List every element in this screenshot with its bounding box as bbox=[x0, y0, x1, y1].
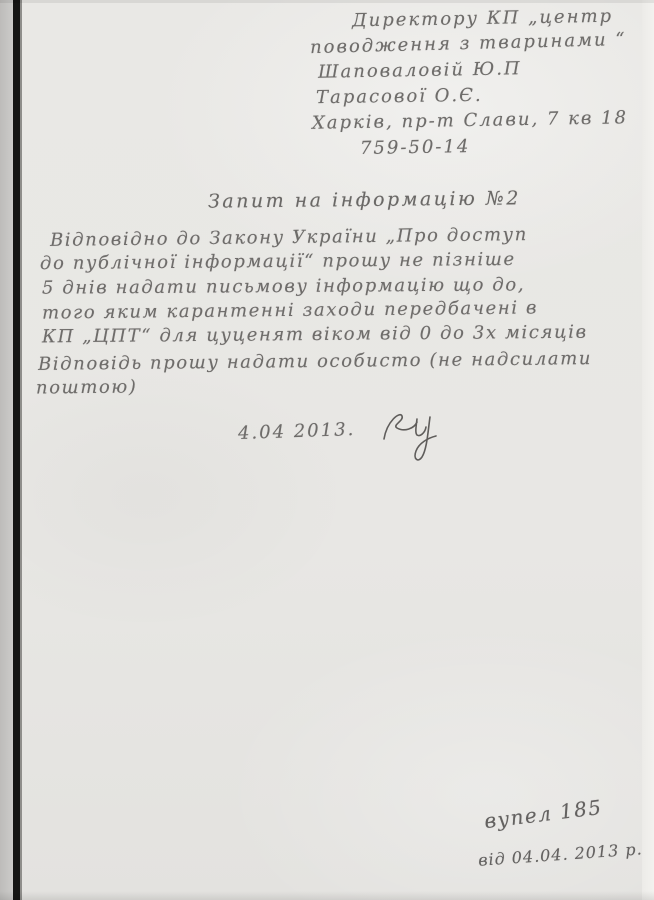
body-line: до публічної інформації“ прошу не пізніш… bbox=[40, 249, 516, 274]
letter-date: 4.04 2013. bbox=[238, 419, 356, 444]
letter-title: Запит на інформацію №2 bbox=[208, 187, 521, 212]
recipient-line: поводження з тваринами “ bbox=[310, 29, 627, 58]
recipient-line: Харків, пр-т Слави, 7 кв 18 bbox=[312, 107, 628, 134]
scan-right-edge bbox=[642, 0, 654, 900]
recipient-phone: 759-50-14 bbox=[360, 136, 471, 159]
recipient-line: Шаповаловій Ю.П bbox=[318, 58, 522, 83]
recipient-line: Тарасової О.Є. bbox=[316, 85, 483, 108]
scan-edge-line bbox=[13, 0, 22, 900]
scan-top-shadow bbox=[0, 0, 654, 3]
scanned-letter: Директору КП „центр поводження з тварина… bbox=[0, 0, 654, 900]
registration-number: вупел 185 bbox=[483, 795, 604, 833]
recipient-line: Директору КП „центр bbox=[352, 6, 613, 32]
scanner-edge-strip bbox=[0, 0, 13, 900]
body-line: КП „ЦПТ“ для цуценят віком від 0 до 3х м… bbox=[42, 322, 588, 348]
body-line: Відповідь прошу надати особисто (не надс… bbox=[38, 348, 592, 375]
letter-paper: Директору КП „центр поводження з тварина… bbox=[22, 0, 642, 900]
body-line: 5 днів надати письмову інформацію що до, bbox=[42, 274, 525, 298]
body-line: того яким карантенні заходи передбачені … bbox=[42, 297, 538, 323]
registration-date: від 04.04. 2013 р. bbox=[478, 839, 644, 869]
signature-scribble bbox=[370, 405, 450, 477]
scan-bottom-shadow bbox=[0, 891, 654, 900]
body-line: поштою) bbox=[36, 377, 138, 399]
body-line: Відповідно до Закону України „Про доступ bbox=[50, 224, 528, 251]
